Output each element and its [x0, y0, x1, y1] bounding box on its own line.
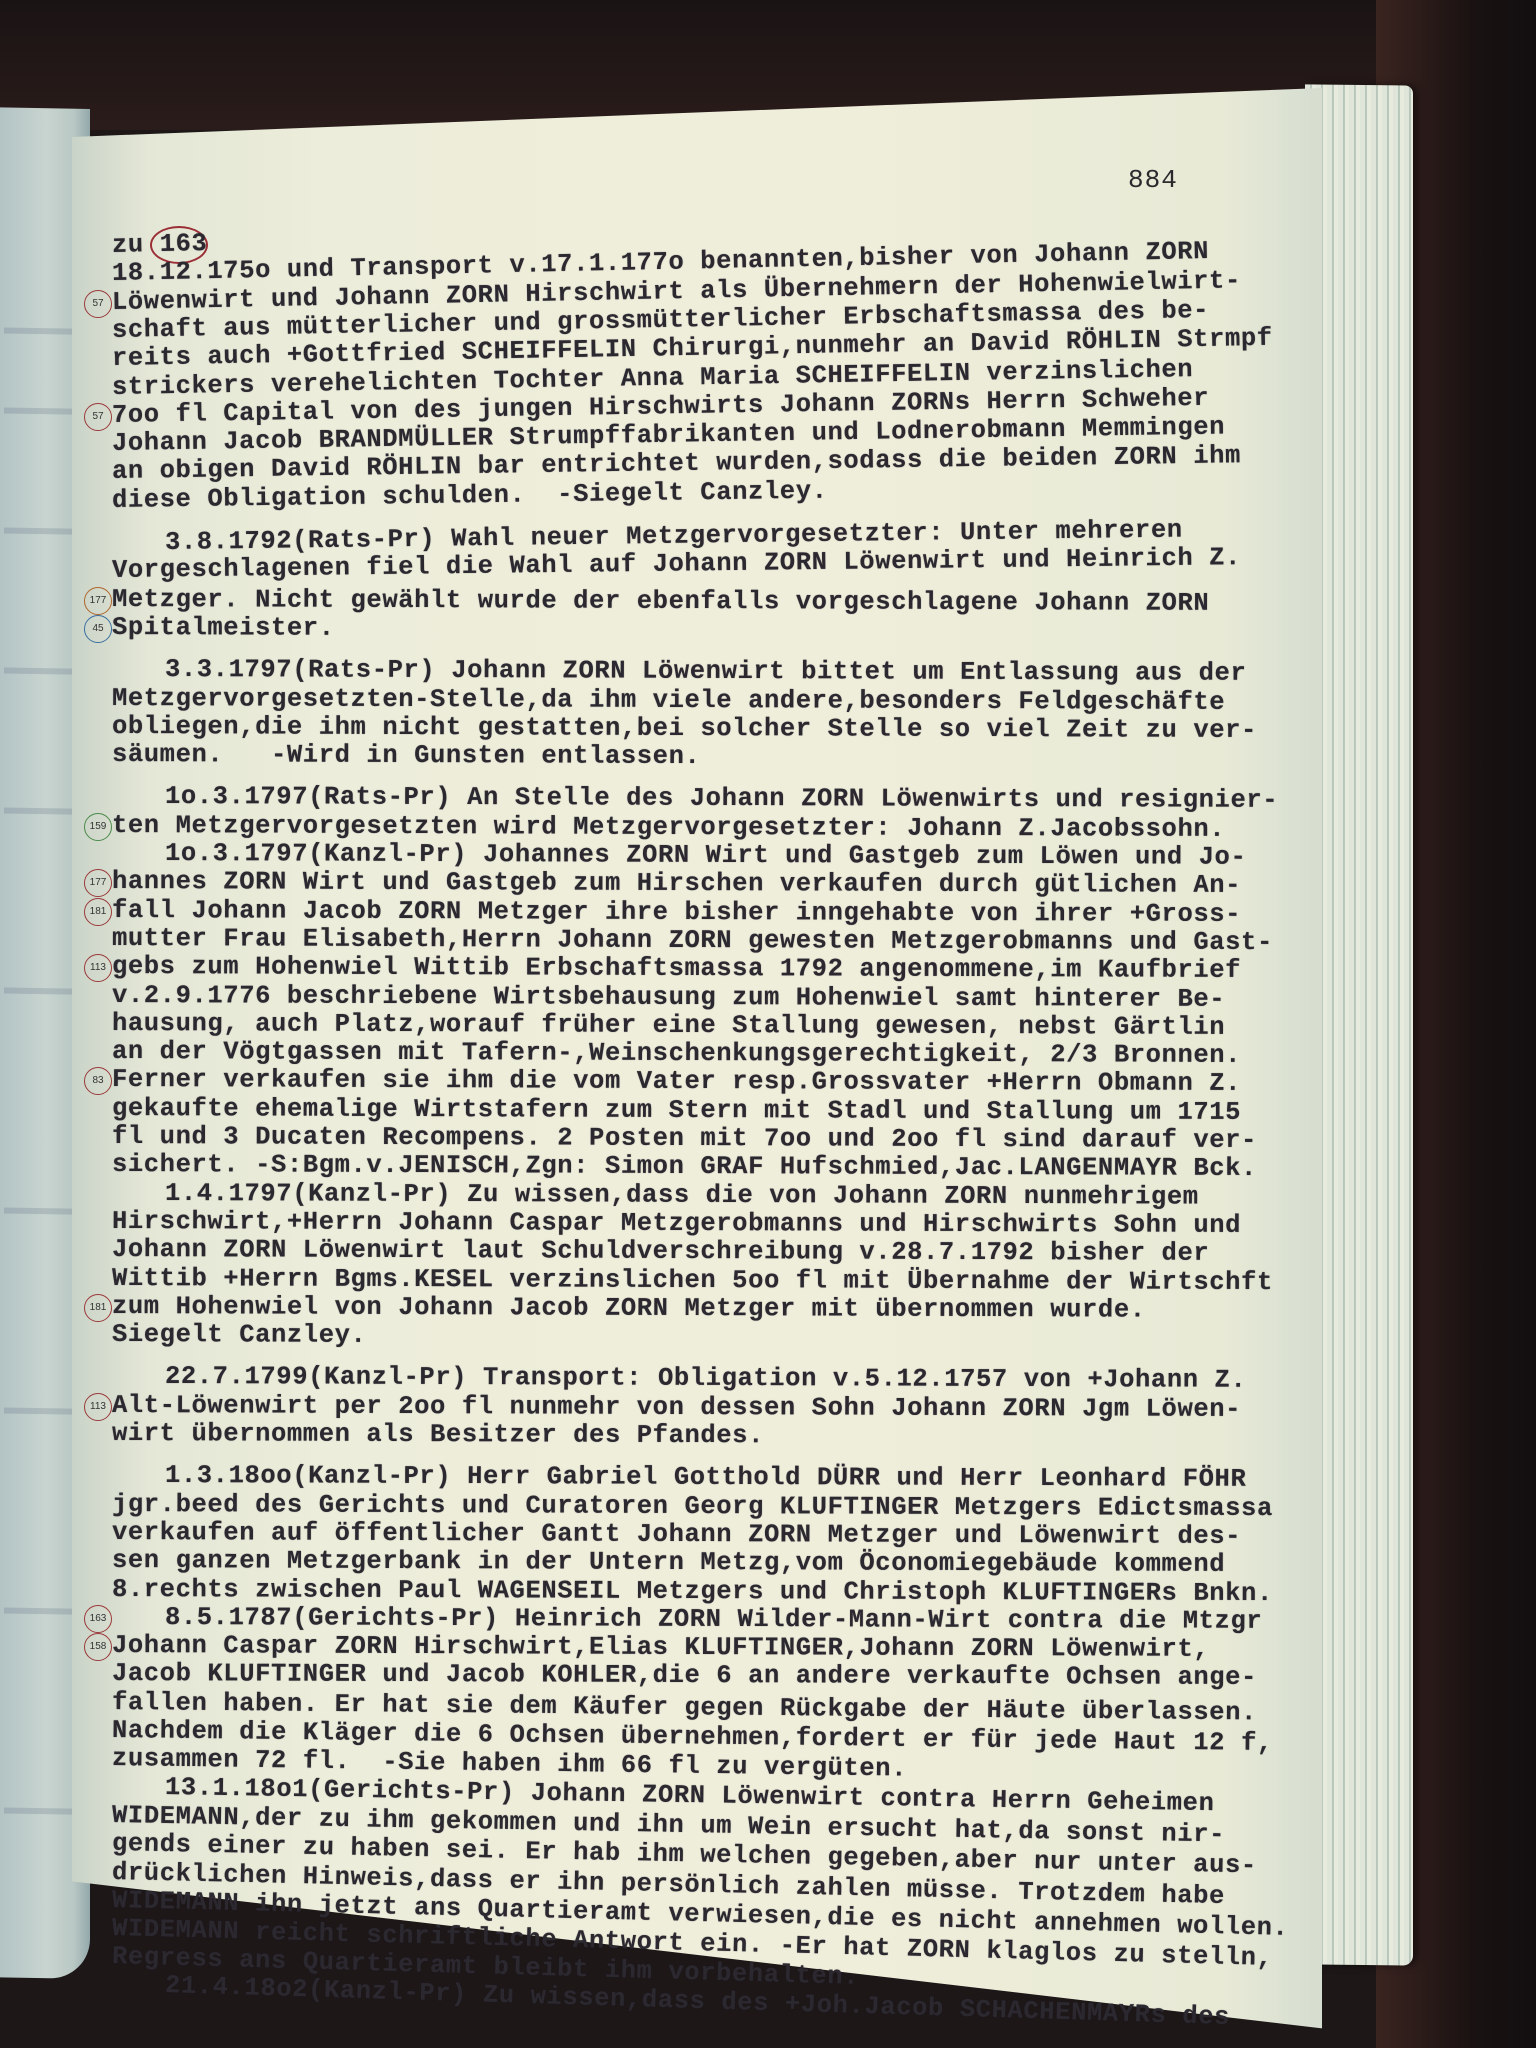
margin-annotation: 177	[84, 869, 112, 897]
margin-annotation: 181	[84, 898, 112, 926]
margin-annotation: 57	[84, 290, 112, 318]
text-line: Spitalmeister.	[112, 614, 335, 643]
margin-annotation: 57	[84, 403, 112, 431]
text-line: säumen. -Wird in Gunsten entlassen.	[112, 741, 701, 771]
margin-annotation: 159	[84, 813, 112, 841]
margin-annotation: 163	[84, 1605, 112, 1633]
text-line: Jacob KLUFTINGER und Jacob KOHLER,die 6 …	[112, 1660, 1257, 1692]
text-line: Ferner verkaufen sie ihm die vom Vater r…	[112, 1066, 1241, 1098]
page-text: 884 zu 16318.12.175o und Transport v.17.…	[0, 0, 1536, 2048]
margin-annotation: 113	[84, 1393, 112, 1421]
margin-annotation: 45	[84, 615, 112, 643]
text-line: wirt übernommen als Besitzer des Pfandes…	[112, 1420, 764, 1450]
text-line: Johann ZORN Löwenwirt laut Schuldverschr…	[112, 1236, 1209, 1268]
text-line: sen ganzen Metzgerbank in der Untern Met…	[112, 1547, 1225, 1579]
text-line: 3.3.1797(Rats-Pr) Johann ZORN Löwenwirt …	[165, 656, 1246, 688]
text-line: 22.7.1799(Kanzl-Pr) Transport: Obligatio…	[165, 1363, 1246, 1395]
text-line: 1.4.1797(Kanzl-Pr) Zu wissen,dass die vo…	[165, 1180, 1199, 1212]
text-line: hannes ZORN Wirt und Gastgeb zum Hirsche…	[112, 868, 1241, 900]
margin-annotation: 177	[84, 587, 112, 615]
margin-annotation: 158	[84, 1633, 112, 1661]
text-line: 1o.3.1797(Rats-Pr) An Stelle des Johann …	[165, 783, 1278, 815]
text-line: Siegelt Canzley.	[112, 1321, 367, 1350]
margin-annotation: 181	[84, 1294, 112, 1322]
text-line: 1.3.18oo(Kanzl-Pr) Herr Gabriel Gotthold…	[165, 1462, 1246, 1494]
margin-annotation: 113	[84, 954, 112, 982]
page-number: 884	[1128, 165, 1178, 195]
margin-annotation: 83	[84, 1067, 112, 1095]
text-line: zu 163	[112, 230, 208, 260]
text-line: gebs zum Hohenwiel Wittib Erbschaftsmass…	[112, 953, 1241, 985]
